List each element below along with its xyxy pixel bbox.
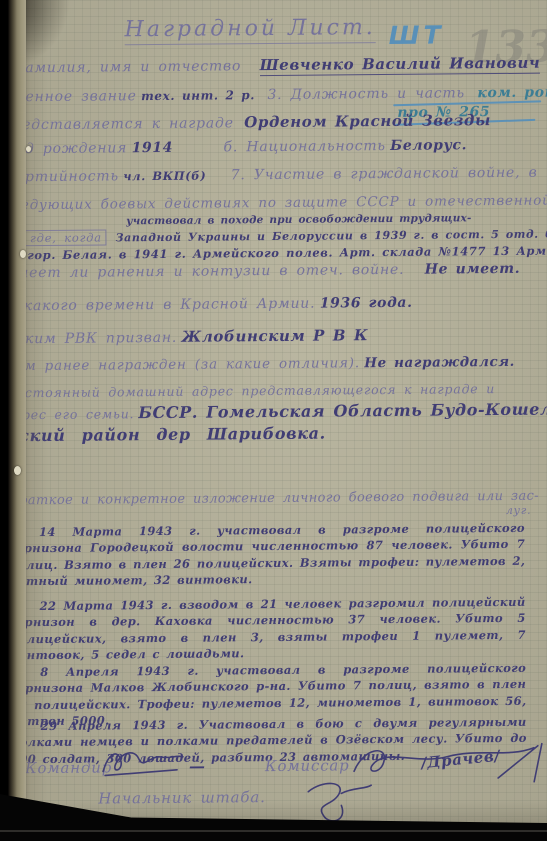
field-address-3: вский район дер Шарибовка. <box>8 424 326 446</box>
field-war-value-1: Западной Украины и Белоруссии в 1939 г. … <box>116 227 547 244</box>
scanned-award-document: { "colors":{ "bg":"#0a0a0a", "paper":"#b… <box>0 0 547 841</box>
field-rvk: Каким РВК призван. Жлобинским Р В К <box>4 326 368 347</box>
field-name-label: Фамилия, имя и отчество <box>13 58 241 76</box>
field-address-value-1: БССР. Гомельская Область Будо-Кошеле- <box>138 399 547 422</box>
field-war-label-2: следующих боевых действиях по защите ССС… <box>3 193 547 214</box>
field-war-value-2: в гор. Белая. в 1941 г. Армейского полев… <box>12 243 547 262</box>
field-awards-label: Чем ранее награжден (за какие отличия). <box>4 355 360 374</box>
field-service-label: С какого времени в Красной Армии. <box>4 296 315 315</box>
field-wounds-value: Не имеет. <box>425 261 521 278</box>
field-service: С какого времени в Красной Армии. 1936 г… <box>4 295 413 315</box>
book-binding-edge <box>0 0 26 841</box>
field-address-2: адрес его семьи. БССР. Гомельская Област… <box>5 399 547 423</box>
staple-speck <box>14 466 21 475</box>
scan-bottom-line <box>0 830 547 832</box>
field-awards-value: Не награждался. <box>364 354 515 371</box>
field-address-value-2: вский район дер Шарибовка. <box>8 424 326 446</box>
staple-speck <box>20 250 26 258</box>
field-position-label: 3. Должность и часть <box>267 85 465 103</box>
field-service-value: 1936 года. <box>320 295 413 312</box>
field-party-war: Партийность чл. ВКП(б) 7. Участие в граж… <box>3 165 538 186</box>
field-name: Фамилия, имя и отчество Шевченко Василий… <box>13 54 540 77</box>
feats-heading-wrap: луг. <box>506 504 532 517</box>
field-award-label: Представляется к награде <box>0 115 234 133</box>
blue-pencil-stamp: ШТ <box>389 20 445 49</box>
feat-paragraph-2: 22 Марта 1943 г. взводом в 21 человек ра… <box>10 594 527 664</box>
field-position-value: ком. роты <box>477 84 547 101</box>
field-award: Представляется к награде Орденом Красной… <box>0 111 491 133</box>
commander-dash: — <box>189 757 206 776</box>
field-rvk-label: Каким РВК призван. <box>4 330 177 348</box>
field-war-label-1: 7. Участие в гражданской войне, в <box>231 165 538 184</box>
document-title-text: Наградной Лист. <box>124 15 375 45</box>
field-birth-nationality: Год рождения 1914 б. Национальность Бело… <box>6 137 468 157</box>
feat-paragraph-1: 14 Марта 1943 г. участвовал в разгроме п… <box>9 520 526 590</box>
document-content: Наградной Лист. ШТ 133 Фамилия, имя и от… <box>0 0 547 841</box>
field-award-value: Орденом Красной Звезды <box>244 111 491 131</box>
field-war-insert: участвовал в походе при освобождении тру… <box>126 212 471 227</box>
field-wounds-label: Имеет ли ранения и контузии в отеч. войн… <box>4 262 405 281</box>
chief-of-staff-label: Начальник штаба. <box>98 788 265 807</box>
field-wounds: Имеет ли ранения и контузии в отеч. войн… <box>4 261 521 282</box>
field-war-where: ся, где, когда Западной Украины и Белору… <box>0 226 547 245</box>
field-party-value: чл. ВКП(б) <box>123 169 206 184</box>
field-address-1: Постоянный домашний адрес представляющег… <box>5 381 495 400</box>
commander-signature <box>99 747 187 780</box>
feats-heading: Краткое и конкретное изложение личного б… <box>9 489 540 509</box>
field-rvk-value: Жлобинским Р В К <box>181 326 368 346</box>
field-birth-value: 1914 <box>132 140 174 156</box>
staple-speck <box>26 146 31 152</box>
commissar-label: Комиссар <box>265 756 350 775</box>
field-awards-prior: Чем ранее награжден (за какие отличия). … <box>4 354 515 374</box>
field-nationality-label: б. Национальность <box>223 138 385 155</box>
document-title: Наградной Лист. <box>124 15 375 42</box>
field-rank-value: тех. инт. 2 р. <box>141 88 255 103</box>
field-nationality-value: Белорус. <box>390 137 467 154</box>
field-name-value: Шевченко Василий Иванович <box>260 54 541 76</box>
